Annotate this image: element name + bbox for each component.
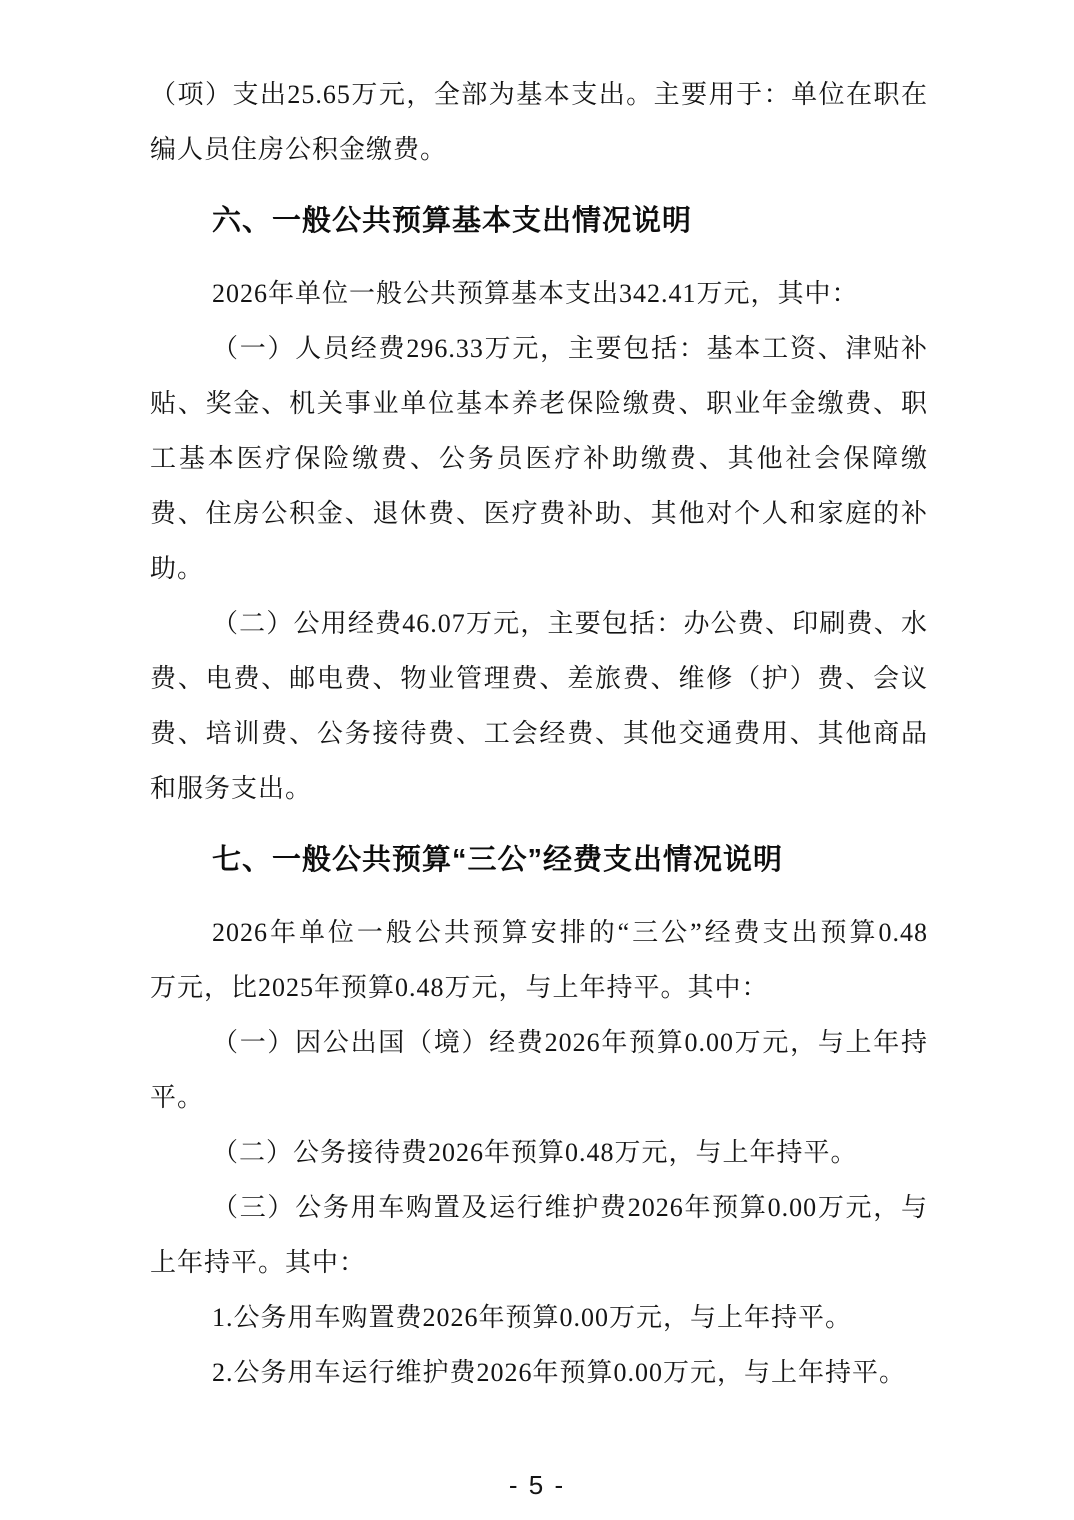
paragraph-line: （一）人员经费296.33万元，主要包括：基本工资、津贴补	[150, 321, 928, 376]
paragraph-line: 1.公务用车购置费2026年预算0.00万元，与上年持平。	[150, 1290, 928, 1345]
paragraph-line: 上年持平。其中：	[150, 1235, 928, 1290]
paragraph-line: 费、住房公积金、退休费、医疗费补助、其他对个人和家庭的补	[150, 486, 928, 541]
page-number: - 5 -	[0, 1458, 1074, 1513]
paragraph-line: （三）公务用车购置及运行维护费2026年预算0.00万元，与	[150, 1180, 928, 1235]
paragraph-line: （二）公务接待费2026年预算0.48万元，与上年持平。	[150, 1125, 928, 1180]
document-page: （项）支出25.65万元，全部为基本支出。主要用于：单位在职在编人员住房公积金缴…	[0, 0, 1074, 1520]
paragraph-line: 2.公务用车运行维护费2026年预算0.00万元，与上年持平。	[150, 1345, 928, 1400]
paragraph-line: 平。	[150, 1070, 928, 1125]
paragraph-line: （二）公用经费46.07万元，主要包括：办公费、印刷费、水	[150, 596, 928, 651]
paragraph-line: 编人员住房公积金缴费。	[150, 122, 928, 177]
paragraph-line: 2026年单位一般公共预算基本支出342.41万元，其中：	[150, 266, 928, 321]
paragraph-line: 和服务支出。	[150, 761, 928, 816]
section-heading: 六、一般公共预算基本支出情况说明	[150, 194, 928, 249]
paragraph-line: （一）因公出国（境）经费2026年预算0.00万元，与上年持	[150, 1015, 928, 1070]
paragraph-line: 费、培训费、公务接待费、工会经费、其他交通费用、其他商品	[150, 706, 928, 761]
paragraph-line: 助。	[150, 541, 928, 596]
paragraph-line: 费、电费、邮电费、物业管理费、差旅费、维修（护）费、会议	[150, 651, 928, 706]
document-body: （项）支出25.65万元，全部为基本支出。主要用于：单位在职在编人员住房公积金缴…	[150, 67, 928, 1400]
paragraph-line: （项）支出25.65万元，全部为基本支出。主要用于：单位在职在	[150, 67, 928, 122]
section-heading: 七、一般公共预算“三公”经费支出情况说明	[150, 833, 928, 888]
paragraph-line: 贴、奖金、机关事业单位基本养老保险缴费、职业年金缴费、职	[150, 376, 928, 431]
paragraph-line: 工基本医疗保险缴费、公务员医疗补助缴费、其他社会保障缴	[150, 431, 928, 486]
paragraph-line: 万元，比2025年预算0.48万元，与上年持平。其中：	[150, 960, 928, 1015]
paragraph-line: 2026年单位一般公共预算安排的“三公”经费支出预算0.48	[150, 905, 928, 960]
